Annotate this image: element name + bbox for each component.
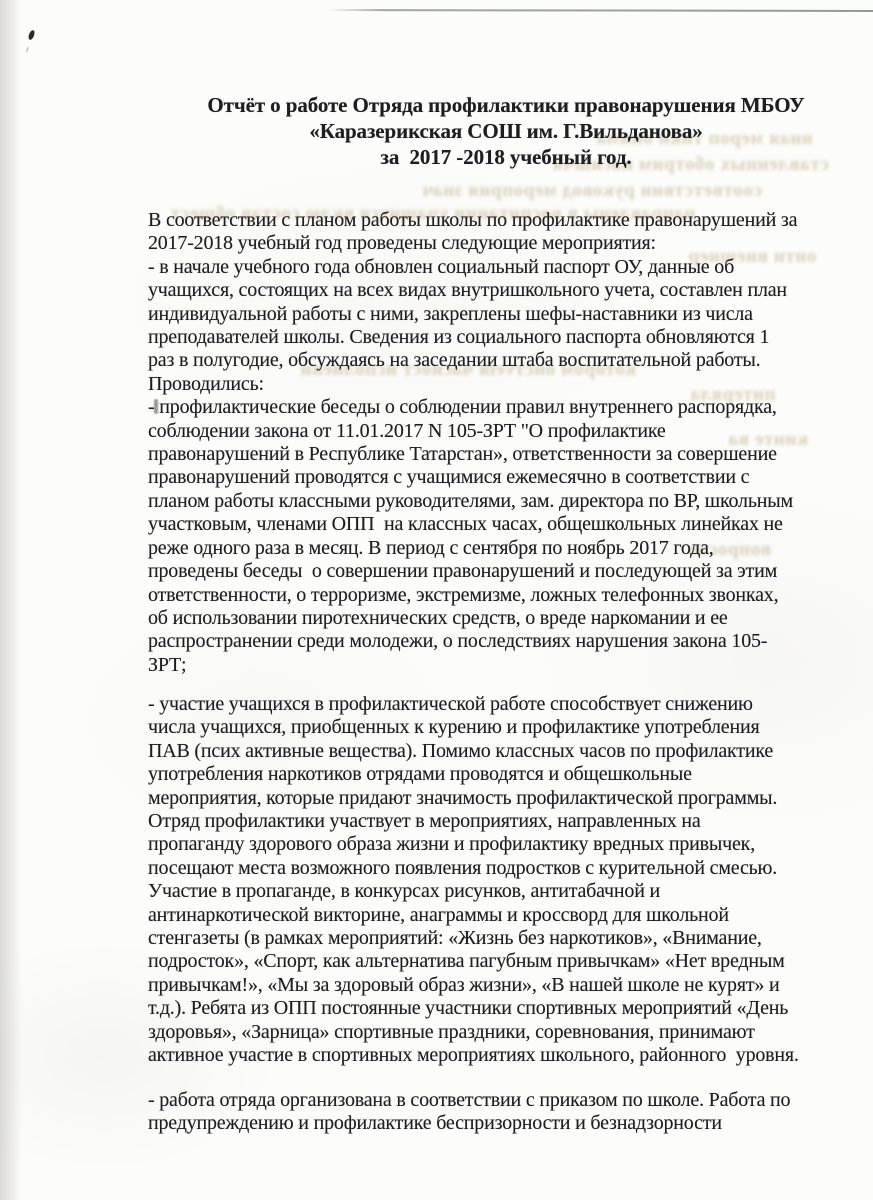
text-line: распространении среди молодежи, о послед…	[148, 630, 820, 653]
text-line: здоровья», «Зарница» спортивные праздник…	[148, 1021, 820, 1044]
text-line: правонарушений проводятся с учащимися еж…	[148, 466, 820, 489]
text-line: об использовании пиротехнических средств…	[148, 607, 820, 630]
text-line: - профилактические беседы о соблюдении п…	[148, 396, 820, 419]
text-line: привычкам!», «Мы за здоровый образ жизни…	[148, 974, 820, 997]
text-line: - участие учащихся в профилактической ра…	[148, 693, 820, 716]
text-line: раз в полугодие, обсуждаясь на заседании…	[148, 349, 820, 372]
text-line: т.д.). Ребята из ОПП постоянные участник…	[148, 997, 820, 1020]
paragraph-squad-work: - работа отряда организована в соответст…	[148, 1089, 820, 1136]
text-line: преподавателей школы. Сведения из социал…	[148, 326, 820, 349]
text-line: ПАВ (псих активные вещества). Помимо кла…	[148, 740, 820, 763]
text-line: - в начале учебного года обновлен социал…	[148, 256, 820, 279]
scan-artifact-top-line	[328, 9, 873, 12]
paragraph-plan-measures: В соответствии с планом работы школы по …	[148, 209, 820, 677]
text-line: стенгазеты (в рамках мероприятий: «Жизнь…	[148, 927, 820, 950]
text-line: ЗРТ;	[148, 654, 820, 677]
text-line: активное участие в спортивных мероприяти…	[148, 1044, 820, 1067]
text-line: В соответствии с планом работы школы по …	[148, 209, 820, 232]
text-line: мероприятия, которые придают значимость …	[148, 787, 820, 810]
text-line: пропаганду здорового образа жизни и проф…	[148, 833, 820, 856]
text-line: предупреждению и профилактике беспризорн…	[148, 1112, 820, 1135]
text-line: правонарушений в Республике Татарстан», …	[148, 443, 820, 466]
title-line-2: «Каразерикская СОШ им. Г.Вильданова»	[150, 118, 862, 144]
text-line: Отряд профилактики участвует в мероприят…	[148, 810, 820, 833]
text-line: Проводились:	[148, 373, 820, 396]
text-line: подросток», «Спорт, как альтернатива паг…	[148, 950, 820, 973]
title-line-3: за 2017 -2018 учебный год.	[150, 144, 862, 170]
text-line: реже одного раза в месяц. В период с сен…	[148, 537, 820, 560]
text-line: планом работы классными руководителями, …	[148, 490, 820, 513]
text-line: участковым, членами ОПП на классных часа…	[148, 513, 820, 536]
text-line: ответственности, о терроризме, экстремиз…	[148, 584, 820, 607]
text-line: проведены беседы о совершении правонаруш…	[148, 560, 820, 583]
ink-speck	[28, 30, 36, 41]
text-line: посещают места возможного появления подр…	[148, 857, 820, 880]
text-line: 2017-2018 учебный год проведены следующи…	[148, 232, 820, 255]
text-line: антинаркотической викторине, анаграммы и…	[148, 904, 820, 927]
text-line: соблюдении закона от 11.01.2017 N 105-ЗР…	[148, 420, 820, 443]
scanned-document-page: нная мероп тики онима ставленных оботрим…	[0, 0, 873, 1200]
text-line: Участие в пропаганде, в конкурсах рисунк…	[148, 880, 820, 903]
title-line-1: Отчёт о работе Отряда профилактики право…	[150, 92, 862, 118]
text-line: употребления наркотиков отрядами проводя…	[148, 763, 820, 786]
text-line: индивидуальной работы с ними, закреплены…	[148, 303, 820, 326]
document-title: Отчёт о работе Отряда профилактики право…	[150, 92, 862, 170]
scan-edge-shadow	[0, 0, 22, 1200]
text-line: числа учащихся, приобщенных к курению и …	[148, 716, 820, 739]
bleedthrough-text: соответствии руковод мероприя знач	[422, 180, 762, 202]
text-line: - работа отряда организована в соответст…	[148, 1089, 820, 1112]
paragraph-participation: - участие учащихся в профилактической ра…	[148, 693, 820, 1068]
text-line: учащихся, состоящих на всех видах внутри…	[148, 279, 820, 302]
